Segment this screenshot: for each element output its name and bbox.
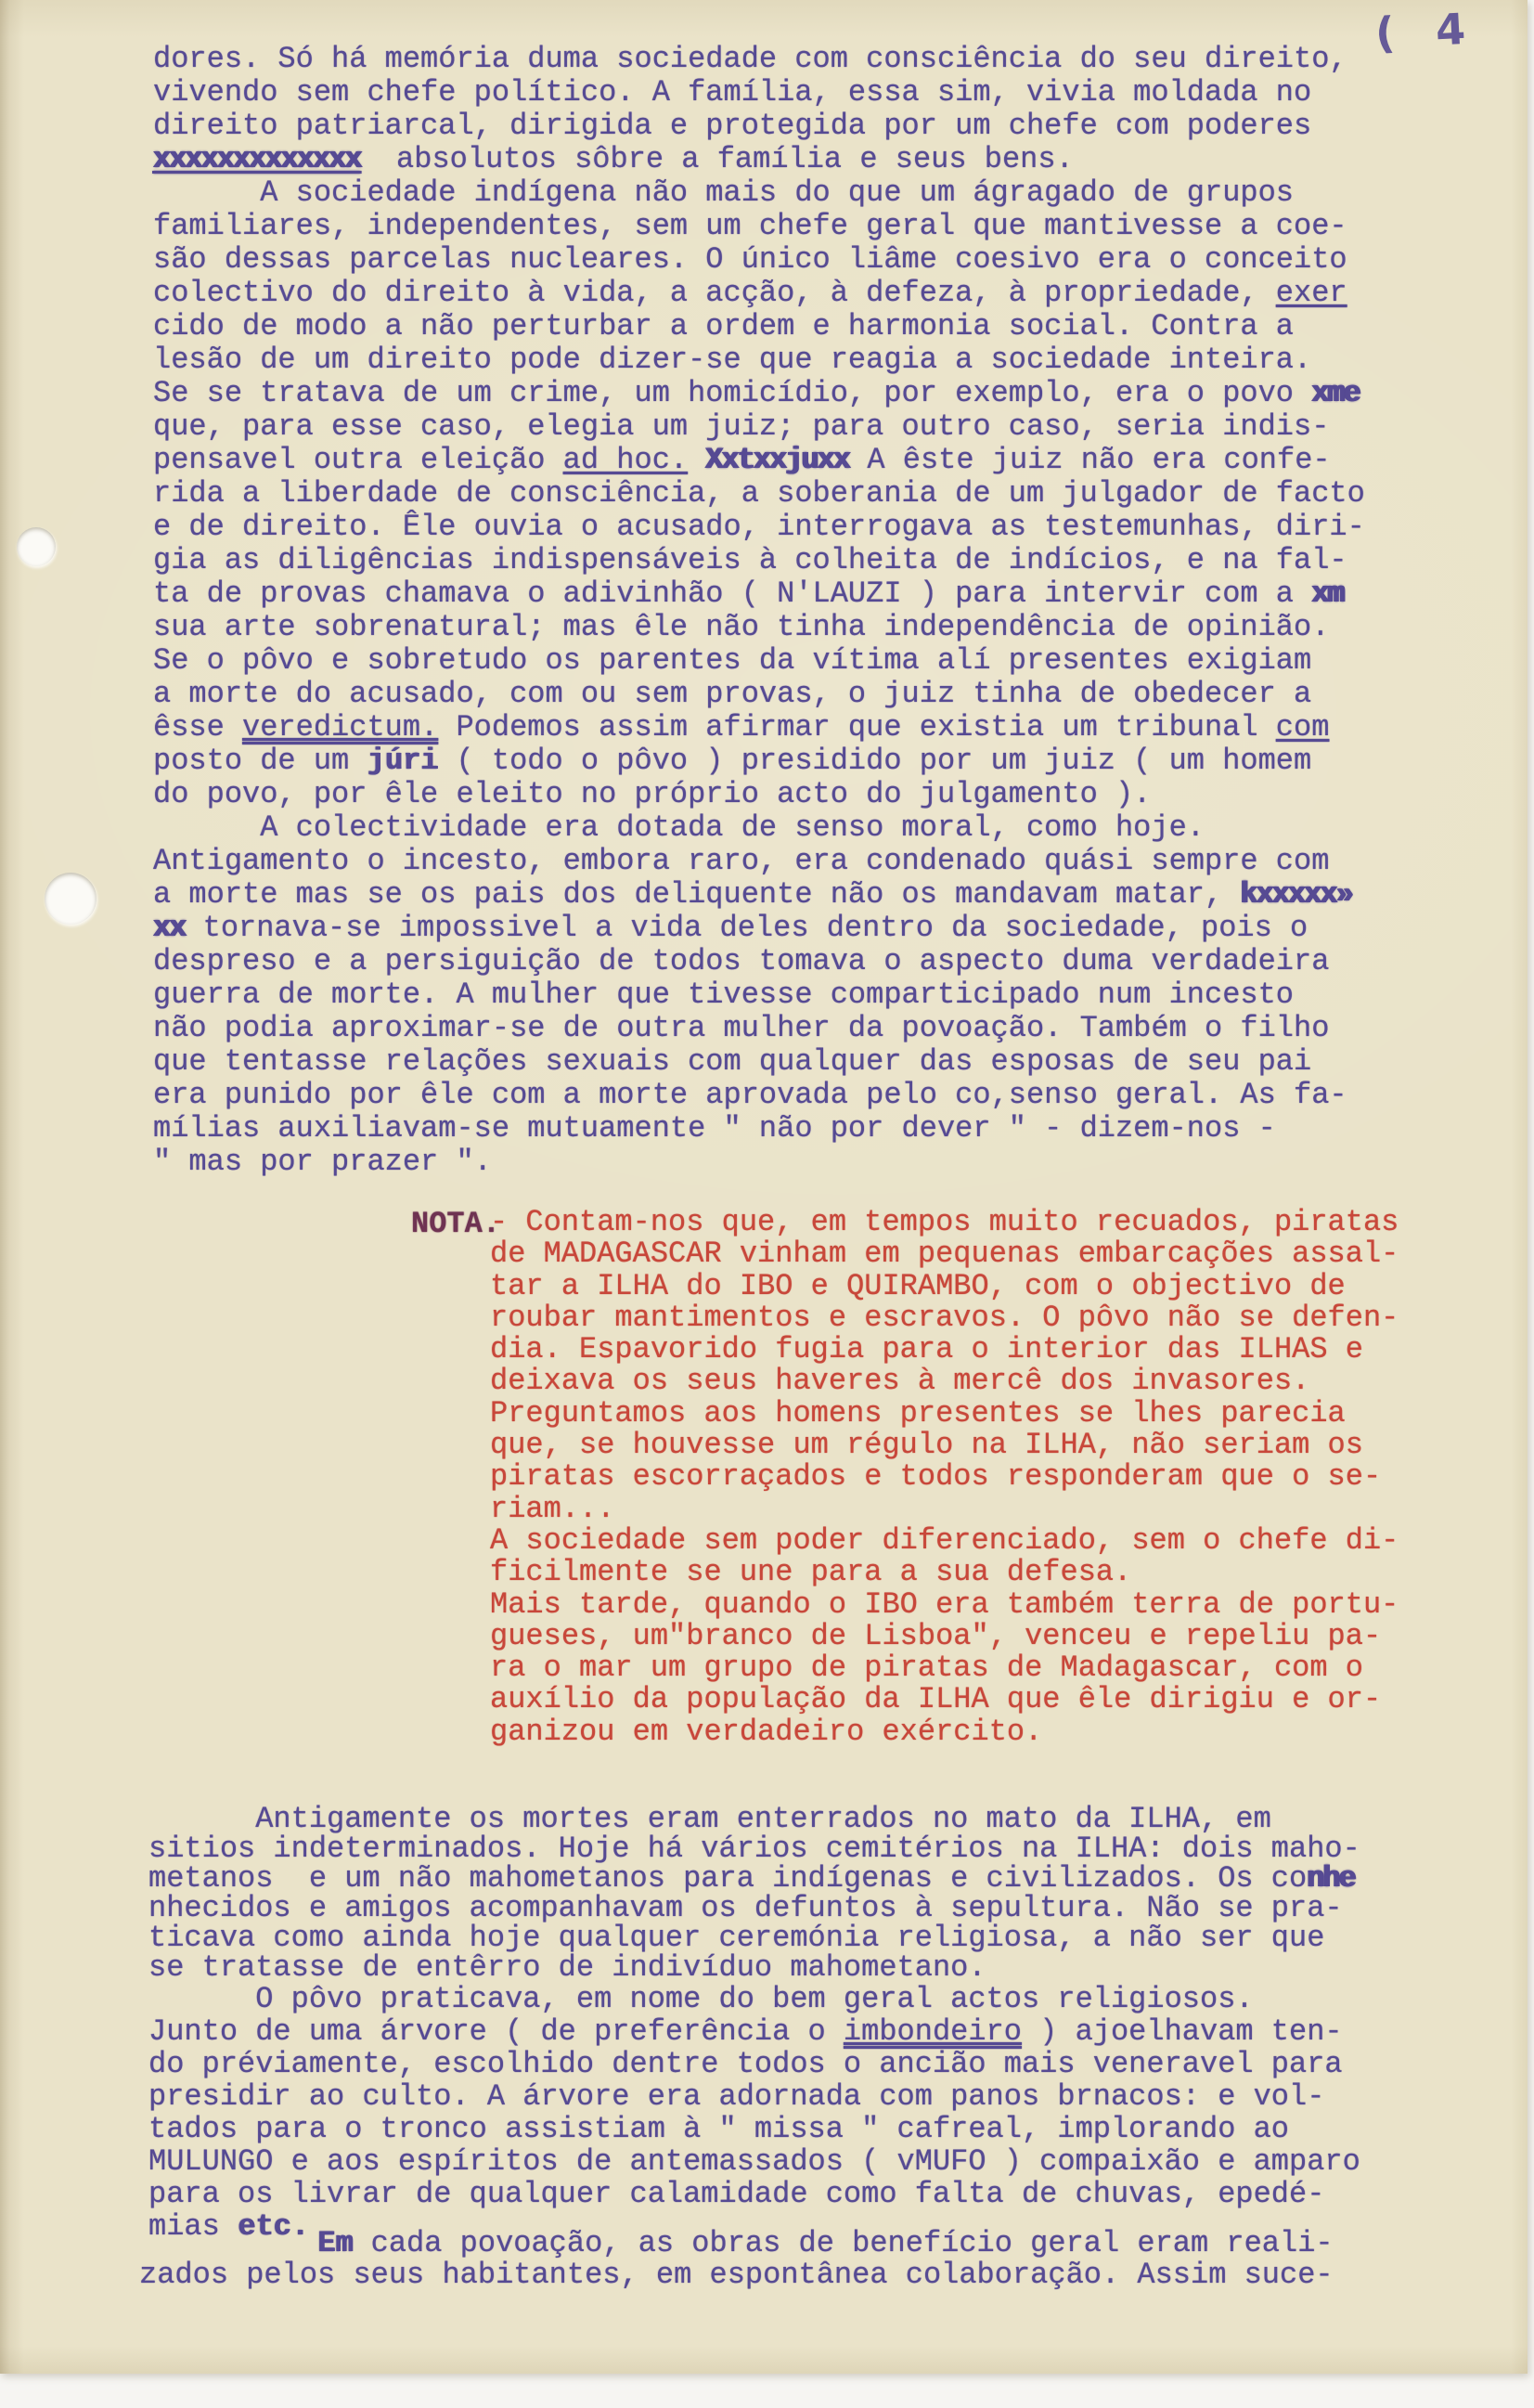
text-line: vivendo sem chefe político. A família, e… <box>153 76 1365 110</box>
text-line: ficilmente se une para a sua defesa. <box>490 1557 1399 1588</box>
text-line: mílias auxiliavam-se mutuamente " não po… <box>153 1112 1365 1146</box>
text-line: " mas por prazer ". <box>153 1146 1365 1179</box>
text-line: A sociedade sem poder diferenciado, sem … <box>490 1525 1399 1557</box>
text-line: xx tornava-se impossivel a vida deles de… <box>153 912 1365 945</box>
text-line: ganizou em verdadeiro exército. <box>490 1716 1399 1748</box>
text-line: sitios indeterminados. Hoje há vários ce… <box>148 1834 1360 1864</box>
text-line: posto de um júri ( todo o pôvo ) presidi… <box>153 744 1365 778</box>
text-line: ticava como ainda hoje qualquer ceremóni… <box>148 1923 1360 1953</box>
text-line: Preguntamos aos homens presentes se lhes… <box>490 1398 1399 1430</box>
text-line: pensavel outra eleição ad hoc. Xxtxxjuxx… <box>153 444 1365 477</box>
text-line: dia. Espavorido fugia para o interior da… <box>490 1334 1399 1366</box>
punch-hole <box>45 873 97 925</box>
text-line: presidir ao culto. A árvore era adornada… <box>148 2080 1360 2113</box>
text-line: tados para o tronco assistiam à " missa … <box>148 2113 1360 2145</box>
typewritten-paragraph-community-works: Em cada povoação, as obras de benefício … <box>139 2228 1334 2291</box>
document-page: ( 4 dores. Só há memória duma sociedade … <box>0 0 1528 2374</box>
text-line: Se se tratava de um crime, um homicídio,… <box>153 377 1365 410</box>
text-line: despreso e a persiguição de todos tomava… <box>153 945 1365 978</box>
text-line: familiares, independentes, sem um chefe … <box>153 210 1365 243</box>
text-line: não podia aproximar-se de outra mulher d… <box>153 1012 1365 1045</box>
text-line: nhecidos e amigos acompanhavam os defunt… <box>148 1894 1360 1923</box>
text-line: Mais tarde, quando o IBO era também terr… <box>490 1589 1399 1621</box>
text-line: a morte do acusado, com ou sem provas, o… <box>153 678 1365 711</box>
text-line: que tentasse relações sexuais com qualqu… <box>153 1045 1365 1079</box>
text-line: Antigamente os mortes eram enterrados no… <box>148 1805 1360 1834</box>
text-line: que, se houvesse um régulo na ILHA, não … <box>490 1430 1399 1461</box>
typewritten-paragraph-burials: Antigamente os mortes eram enterrados no… <box>148 1805 1360 1983</box>
text-line: zados pelos seus habitantes, em espontân… <box>139 2259 1334 2291</box>
text-line: são dessas parcelas nucleares. O único l… <box>153 243 1365 277</box>
text-line: Em cada povoação, as obras de benefício … <box>139 2228 1334 2259</box>
scanned-document-background: { "ink": { "purple": "#564a93", "red": "… <box>0 0 1534 2408</box>
text-line: lesão de um direito pode dizer-se que re… <box>153 343 1365 377</box>
text-line: MULUNGO e aos espíritos de antemassados … <box>148 2145 1360 2178</box>
text-line: sua arte sobrenatural; mas êle não tinha… <box>153 611 1365 644</box>
text-line: que, para esse caso, elegia um juiz; par… <box>153 410 1365 444</box>
text-line: O pôvo praticava, em nome do bem geral a… <box>148 1983 1360 2015</box>
text-line: deixava os seus haveres à mercê dos inva… <box>490 1366 1399 1397</box>
text-line: guerra de morte. A mulher que tivesse co… <box>153 978 1365 1012</box>
text-line: rida a liberdade de consciência, a sober… <box>153 477 1365 511</box>
text-line: colectivo do direito à vida, a acção, à … <box>153 277 1365 310</box>
text-line: Se o pôvo e sobretudo os parentes da vít… <box>153 644 1365 678</box>
text-line: e de direito. Êle ouvia o acusado, inter… <box>153 511 1365 544</box>
text-line: direito patriarcal, dirigida e protegida… <box>153 110 1365 143</box>
text-line: auxílio da população da ILHA que êle dir… <box>490 1684 1399 1715</box>
nota-text-block: - Contam-nos que, em tempos muito recuad… <box>490 1207 1399 1748</box>
text-line: gia as diligências indispensáveis à colh… <box>153 544 1365 577</box>
text-line: Antigamento o incesto, embora raro, era … <box>153 845 1365 878</box>
text-line: piratas escorraçados e todos responderam… <box>490 1461 1399 1493</box>
text-line: roubar mantimentos e escravos. O pôvo nã… <box>490 1302 1399 1334</box>
text-line: ra o mar um grupo de piratas de Madagasc… <box>490 1652 1399 1684</box>
text-line: A sociedade indígena não mais do que um … <box>153 176 1365 210</box>
text-line: para os livrar de qualquer calamidade co… <box>148 2178 1360 2210</box>
text-line: do povo, por êle eleito no próprio acto … <box>153 778 1365 811</box>
text-line: a morte mas se os pais dos deliquente nã… <box>153 878 1365 912</box>
text-line: xxxxxxxxxxxxx absolutos sôbre a família … <box>153 143 1365 176</box>
text-line: gueses, um"branco de Lisboa", venceu e r… <box>490 1621 1399 1652</box>
text-line: cido de modo a não perturbar a ordem e h… <box>153 310 1365 343</box>
nota-label: NOTA. <box>411 1207 500 1241</box>
text-line: metanos e um não mahometanos para indíge… <box>148 1864 1360 1894</box>
text-line: Junto de uma árvore ( de preferência o i… <box>148 2015 1360 2048</box>
text-line: riam... <box>490 1494 1399 1525</box>
text-line: - Contam-nos que, em tempos muito recuad… <box>490 1207 1399 1238</box>
text-line: de MADAGASCAR vinham em pequenas embarca… <box>490 1238 1399 1270</box>
text-line: do préviamente, escolhido dentre todos o… <box>148 2048 1360 2080</box>
text-line: se tratasse de entêrro de indivíduo maho… <box>148 1953 1360 1983</box>
text-line: ta de provas chamava o adivinhão ( N'LAU… <box>153 577 1365 611</box>
text-line: dores. Só há memória duma sociedade com … <box>153 43 1365 76</box>
text-line: era punido por êle com a morte aprovada … <box>153 1079 1365 1112</box>
typewritten-paragraphs-top: dores. Só há memória duma sociedade com … <box>153 43 1365 1179</box>
handwritten-page-number: ( 4 <box>1374 3 1480 58</box>
text-line: A colectividade era dotada de senso mora… <box>153 811 1365 845</box>
text-line: êsse veredictum. Podemos assim afirmar q… <box>153 711 1365 744</box>
punch-hole <box>17 527 56 566</box>
typewritten-paragraph-religion: O pôvo praticava, em nome do bem geral a… <box>148 1983 1360 2243</box>
text-line: tar a ILHA do IBO e QUIRAMBO, com o obje… <box>490 1271 1399 1302</box>
